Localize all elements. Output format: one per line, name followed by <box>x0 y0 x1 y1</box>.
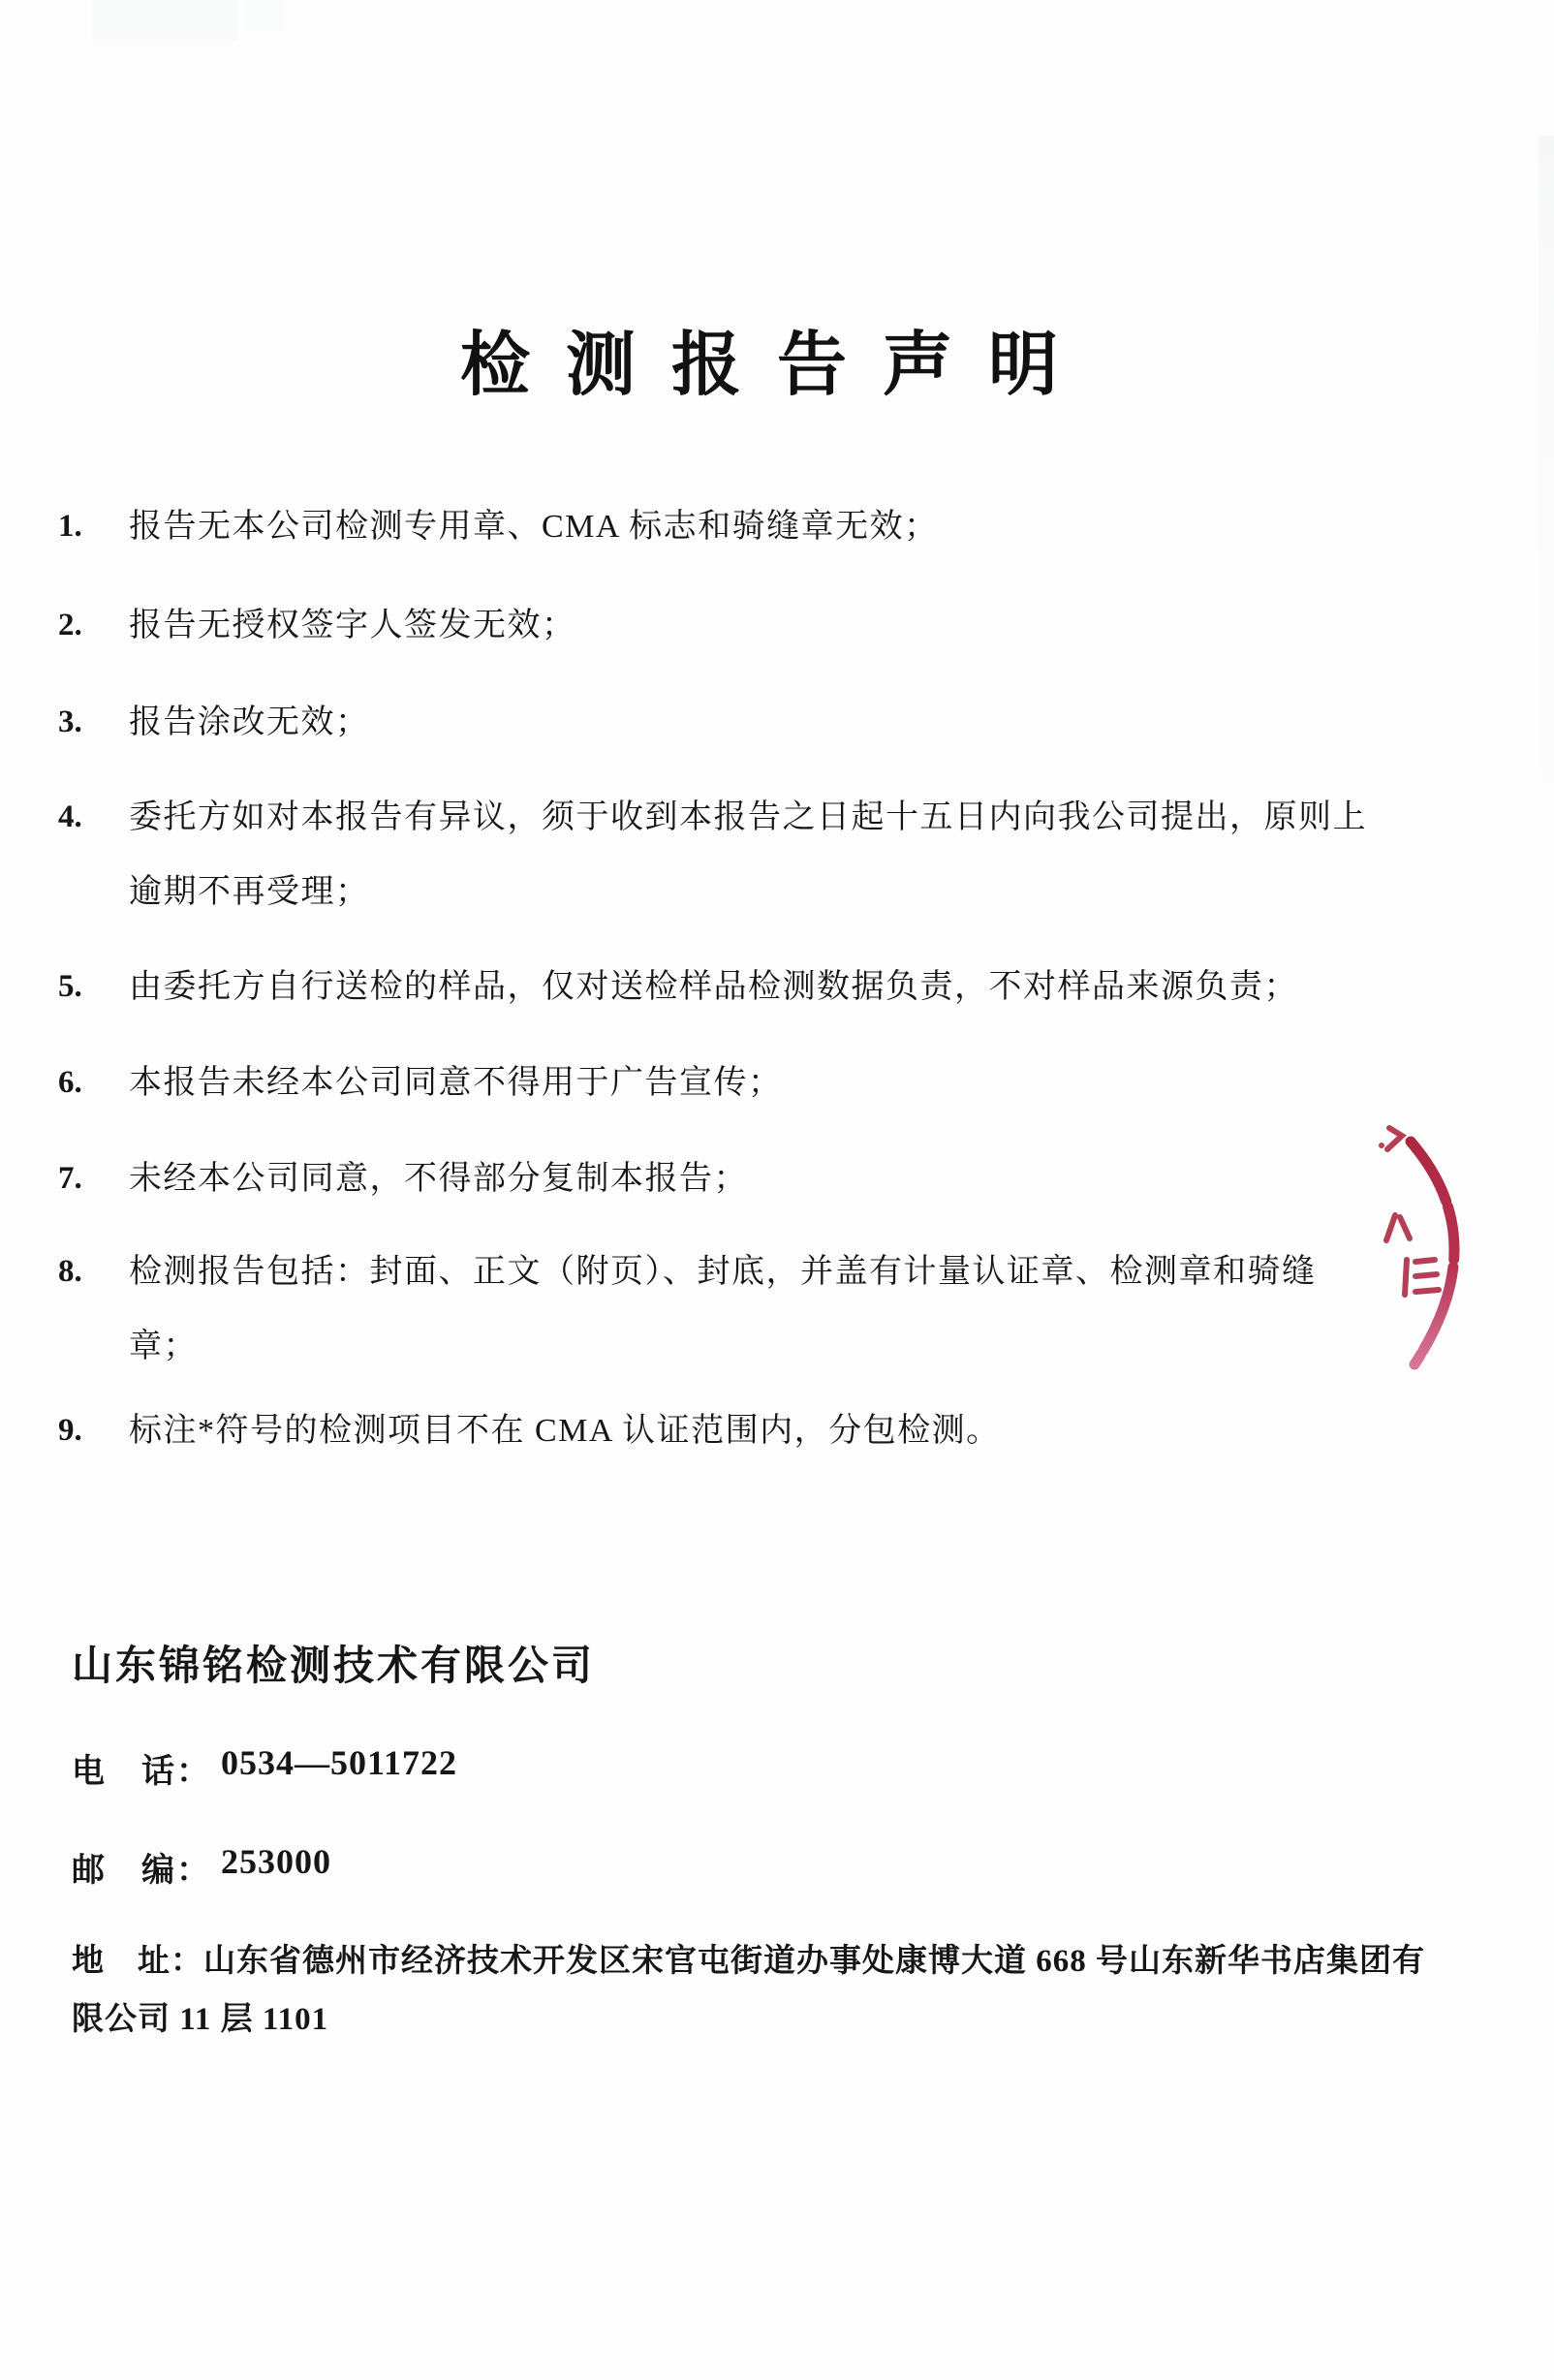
clause-number: 2. <box>58 588 126 663</box>
clause-item: 4. 委托方如对本报告有异议，须于收到本报告之日起十五日内向我公司提出，原则上 … <box>58 780 1367 929</box>
clause-text: 未经本公司同意，不得部分复制本报告； <box>129 1142 748 1216</box>
clause-item: 6. 本报告未经本公司同意不得用于广告宣传； <box>58 1046 783 1120</box>
clause-text: 由委托方自行送检的样品，仅对送检样品检测数据负责，不对样品来源负责； <box>129 950 1298 1024</box>
scan-artifact <box>92 0 237 41</box>
clause-text: 本报告未经本公司同意不得用于广告宣传； <box>129 1046 783 1120</box>
clause-number: 5. <box>58 950 126 1024</box>
document-page: 检测报告声明 1. 报告无本公司检测专用章、CMA 标志和骑缝章无效； 2. 报… <box>0 0 1554 2380</box>
scan-artifact <box>1538 136 1554 892</box>
clause-number: 4. <box>58 780 126 855</box>
company-name: 山东锦铭检测技术有限公司 <box>72 1634 595 1692</box>
clause-text: 检测报告包括：封面、正文（附页）、封底，并盖有计量认证章、检测章和骑缝 <box>129 1235 1317 1309</box>
straddle-seal-icon <box>1351 1095 1554 1395</box>
address-line1: 山东省德州市经济技术开发区宋官屯街道办事处康博大道 668 号山东新华书店集团有 <box>203 1944 1425 1979</box>
clause-item: 1. 报告无本公司检测专用章、CMA 标志和骑缝章无效； <box>58 489 939 564</box>
clause-text: 章； <box>129 1309 1317 1384</box>
phone-label: 电 话： <box>72 1754 211 1790</box>
clause-item: 5. 由委托方自行送检的样品，仅对送检样品检测数据负责，不对样品来源负责； <box>58 950 1298 1024</box>
clause-text: 标注*符号的检测项目不在 CMA 认证范围内，分包检测。 <box>129 1394 1001 1468</box>
clause-number: 9. <box>58 1394 126 1468</box>
clause-item: 2. 报告无授权签字人签发无效； <box>58 588 576 663</box>
clause-text: 委托方如对本报告有异议，须于收到本报告之日起十五日内向我公司提出，原则上 <box>129 780 1367 855</box>
postcode-label: 邮 编： <box>72 1853 211 1889</box>
clause-number: 6. <box>58 1046 126 1120</box>
page-title: 检测报告声明 <box>0 308 1554 409</box>
clause-item: 9. 标注*符号的检测项目不在 CMA 认证范围内，分包检测。 <box>58 1394 1001 1468</box>
address-line2: 限公司 11 层 1101 <box>72 1990 1425 2049</box>
clause-item: 8. 检测报告包括：封面、正文（附页）、封底，并盖有计量认证章、检测章和骑缝 章… <box>58 1235 1317 1384</box>
address-row: 地 址：山东省德州市经济技术开发区宋官屯街道办事处康博大道 668 号山东新华书… <box>72 1932 1425 2049</box>
address-label: 地 址： <box>72 1944 203 1979</box>
clause-text: 报告无授权签字人签发无效； <box>129 588 576 663</box>
phone-value: 0534—5011722 <box>221 1742 457 1783</box>
clause-item: 7. 未经本公司同意，不得部分复制本报告； <box>58 1142 748 1216</box>
clause-item: 3. 报告涂改无效； <box>58 685 370 760</box>
scan-artifact <box>244 0 285 33</box>
clause-number: 1. <box>58 489 126 564</box>
postcode-row: 邮 编： 253000 <box>72 1843 211 1891</box>
postcode-value: 253000 <box>221 1841 331 1882</box>
phone-row: 电 话： 0534—5011722 <box>72 1744 211 1792</box>
clause-text: 报告涂改无效； <box>129 685 370 760</box>
clause-number: 7. <box>58 1142 126 1216</box>
clause-number: 3. <box>58 685 126 760</box>
clause-number: 8. <box>58 1235 126 1309</box>
clause-text: 逾期不再受理； <box>129 855 1367 929</box>
clause-text: 报告无本公司检测专用章、CMA 标志和骑缝章无效； <box>129 489 939 564</box>
